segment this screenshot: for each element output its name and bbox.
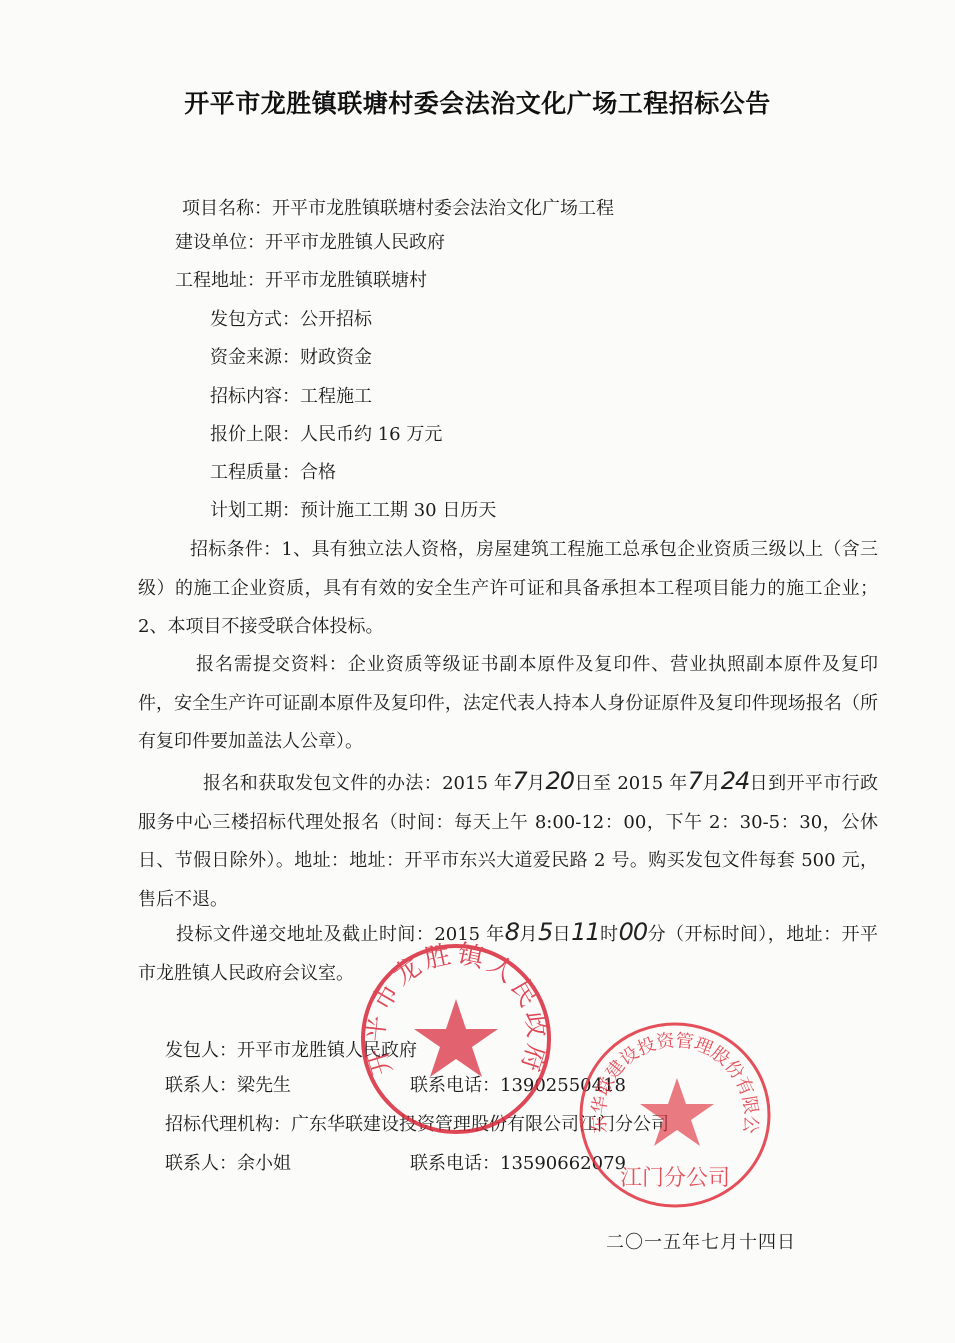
registration-materials-paragraph: 报名需提交资料：企业资质等级证书副本原件及复印件、营业执照副本原件及复印件，安全…	[138, 646, 878, 762]
contact2-value: 余小姐	[237, 1153, 291, 1174]
registration-text: 日至 2015 年	[574, 773, 688, 794]
field-value: 合格	[300, 462, 336, 483]
field-quality: 工程质量：合格	[210, 462, 336, 484]
field-value: 工程施工	[300, 386, 372, 407]
registration-method-paragraph: 报名和获取发包文件的办法：2015 年7月20日至 2015 年7月24日到开平…	[138, 762, 878, 919]
handwritten-minute: 00	[619, 918, 648, 946]
field-label: 建设单位：	[175, 232, 265, 253]
field-value: 预计施工工期 30 日历天	[300, 500, 496, 521]
tender-conditions-paragraph: 招标条件：1、具有独立法人资格，房屋建筑工程施工总承包企业资质三级以上（含三级）…	[138, 531, 878, 647]
field-construction-unit: 建设单位：开平市龙胜镇人民政府	[175, 232, 445, 254]
handwritten-month: 7	[512, 767, 526, 795]
phone1-value: 13902550418	[500, 1075, 626, 1096]
employer-line: 发包人：开平市龙胜镇人民政府	[165, 1040, 417, 1062]
field-value: 开平市龙胜镇人民政府	[265, 232, 445, 253]
field-funding-source: 资金来源：财政资金	[210, 347, 372, 369]
field-value: 人民币约 16 万元	[300, 424, 442, 445]
contact1-line: 联系人：梁先生	[165, 1075, 291, 1097]
handwritten-day: 5	[538, 918, 552, 946]
field-label: 发包方式：	[210, 309, 300, 330]
field-contract-method: 发包方式：公开招标	[210, 309, 372, 331]
submission-text: 时	[600, 924, 619, 945]
field-value: 公开招标	[300, 309, 372, 330]
field-label: 工程质量：	[210, 462, 300, 483]
document-date: 二〇一五年七月十四日	[606, 1228, 796, 1254]
field-project-name: 项目名称：开平市龙胜镇联塘村委会法治文化广场工程	[182, 198, 614, 220]
submission-text: 日	[552, 924, 571, 945]
field-value: 开平市龙胜镇联塘村委会法治文化广场工程	[272, 198, 614, 219]
field-value: 财政资金	[300, 347, 372, 368]
document-title: 开平市龙胜镇联塘村委会法治文化广场工程招标公告	[0, 84, 955, 120]
contact2-line: 联系人：余小姐	[165, 1153, 291, 1175]
employer-value: 开平市龙胜镇人民政府	[237, 1040, 417, 1061]
registration-text: 月	[527, 773, 546, 794]
field-label: 报价上限：	[210, 424, 300, 445]
field-label: 资金来源：	[210, 347, 300, 368]
phone1-label: 联系电话：	[410, 1075, 500, 1096]
phone1-line: 联系电话：13902550418	[410, 1075, 626, 1097]
agency-label: 招标代理机构：	[165, 1114, 291, 1135]
field-project-address: 工程地址：开平市龙胜镇联塘村	[175, 270, 427, 292]
phone2-value: 13590662079	[500, 1153, 626, 1174]
field-tender-content: 招标内容：工程施工	[210, 386, 372, 408]
field-label: 工程地址：	[175, 270, 265, 291]
field-label: 招标内容：	[210, 386, 300, 407]
handwritten-month: 7	[688, 767, 702, 795]
phone2-label: 联系电话：	[410, 1153, 500, 1174]
submission-text: 月	[519, 924, 538, 945]
seal-bottom-text: 江门分公司	[620, 1166, 730, 1191]
contact2-label: 联系人：	[165, 1153, 237, 1174]
handwritten-day: 20	[546, 767, 575, 795]
handwritten-day: 24	[721, 767, 750, 795]
handwritten-month: 8	[505, 918, 519, 946]
field-label: 项目名称：	[182, 198, 272, 219]
field-label: 计划工期：	[210, 500, 300, 521]
registration-text: 报名和获取发包文件的办法：2015 年	[203, 773, 512, 794]
submission-text: 投标文件递交地址及截止时间：2015 年	[176, 924, 505, 945]
field-price-cap: 报价上限：人民币约 16 万元	[210, 424, 442, 446]
phone2-line: 联系电话：13590662079	[410, 1153, 626, 1175]
handwritten-hour: 11	[571, 918, 600, 946]
agency-line: 招标代理机构：广东华联建设投资管理股份有限公司江门分公司	[165, 1114, 669, 1136]
field-schedule: 计划工期：预计施工工期 30 日历天	[210, 500, 496, 522]
field-value: 开平市龙胜镇联塘村	[265, 270, 427, 291]
contact1-value: 梁先生	[237, 1075, 291, 1096]
employer-label: 发包人：	[165, 1040, 237, 1061]
registration-text: 月	[702, 773, 721, 794]
contact1-label: 联系人：	[165, 1075, 237, 1096]
agency-value: 广东华联建设投资管理股份有限公司江门分公司	[291, 1114, 669, 1135]
submission-paragraph: 投标文件递交地址及截止时间：2015 年8月5日11时00分（开标时间），地址：…	[138, 913, 878, 993]
